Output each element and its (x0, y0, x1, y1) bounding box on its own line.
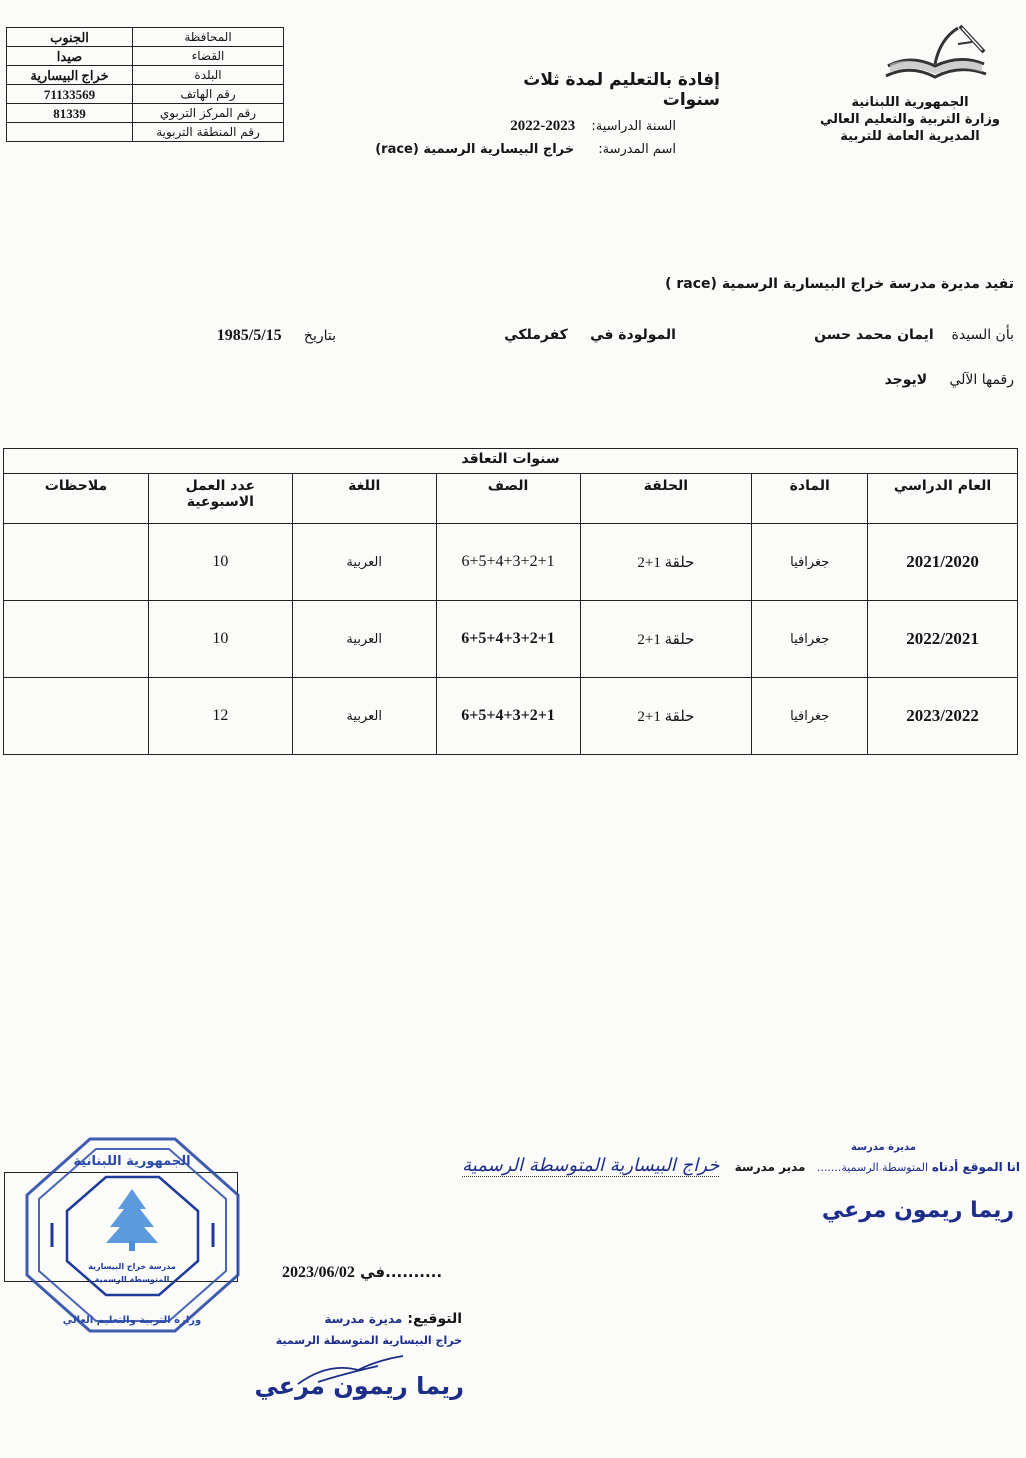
info-row-district: القضاء صيدا (7, 47, 284, 66)
director-label: مدير مدرسة (735, 1160, 806, 1174)
cell-notes (4, 601, 149, 678)
cell-notes (4, 524, 149, 601)
teacher-line: بأن السيدة ايمان محمد حسن (814, 327, 1014, 343)
info-row-phone: رقم الهاتف 71133569 (7, 85, 284, 104)
handwritten-school-name: خراج البيسارية المتوسطة الرسمية (462, 1155, 719, 1177)
school-name-line: اسم المدرسة: خراج البيسارية الرسمية (rac… (375, 142, 676, 157)
ministry-header: الجمهورية اللبنانية وزارة التربية والتعل… (810, 94, 1010, 145)
info-value: صيدا (7, 47, 133, 66)
born-in-value: كفرملكي (504, 327, 568, 343)
school-year-line: السنة الدراسية: 2022-2023 (510, 118, 676, 135)
info-row-region-number: رقم المنطقة التربوية (7, 123, 284, 142)
info-label: رقم المركز التربوي (133, 104, 284, 123)
table-row: 2021/2020 جغرافيا حلقة 1+2 6+5+4+3+2+1 ا… (4, 524, 1018, 601)
director-title-stamp-small: مديرة مدرسة (851, 1142, 916, 1153)
cell-subject: جغرافيا (752, 601, 868, 678)
cell-language: العربية (292, 524, 436, 601)
table-row: 2022/2021 جغرافيا حلقة 1+2 6+5+4+3+2+1 ا… (4, 601, 1018, 678)
id-line: رقمها الآلي لايوجد (885, 372, 1014, 388)
school-info-table: المحافظة الجنوب القضاء صيدا البلدة خراج … (6, 27, 284, 142)
signature-label-line: التوقيع: مديرة مدرسة (324, 1308, 462, 1327)
birthdate-line: بتاريخ 1985/5/15 (217, 327, 336, 345)
ministry-name: وزارة التربية والتعليم العالي (810, 111, 1010, 128)
contract-years-table: سنوات التعاقد العام الدراسي المادة الحلق… (3, 448, 1018, 755)
school-name-value: خراج البيسارية الرسمية (race) (375, 142, 574, 157)
col-header-year: العام الدراسي (868, 474, 1018, 524)
info-value: الجنوب (7, 28, 133, 47)
info-label: المحافظة (133, 28, 284, 47)
id-value: لايوجد (885, 372, 928, 388)
info-label: رقم الهاتف (133, 85, 284, 104)
info-label: القضاء (133, 47, 284, 66)
school-year-label: السنة الدراسية: (591, 119, 676, 134)
born-in-label: المولودة في (590, 327, 676, 343)
stamp-inner-line2: المتوسطة الرسمية (95, 1275, 170, 1284)
cell-subject: جغرافيا (752, 678, 868, 755)
col-header-weekly-hours: عدد العمل الاسبوعية (148, 474, 292, 524)
col-header-subject: المادة (752, 474, 868, 524)
cell-language: العربية (292, 678, 436, 755)
school-year-value: 2022-2023 (510, 118, 575, 134)
cell-grades: 6+5+4+3+2+1 (436, 524, 580, 601)
stamp-text-bottom: وزارة التربية والتعليم العالي (63, 1315, 201, 1326)
info-value: 71133569 (7, 85, 133, 104)
table-group-header: سنوات التعاقد (4, 449, 1018, 474)
table-row: 2023/2022 جغرافيا حلقة 1+2 6+5+4+3+2+1 ا… (4, 678, 1018, 755)
cell-weekly-hours: 10 (148, 601, 292, 678)
info-row-center-number: رقم المركز التربوي 81339 (7, 104, 284, 123)
signature-stamp-line1: مديرة مدرسة (324, 1312, 402, 1326)
birth-date-label: بتاريخ (304, 328, 336, 344)
cell-year: 2022/2021 (868, 601, 1018, 678)
cell-cycle: حلقة 1+2 (580, 524, 752, 601)
printed-school-name: المتوسطة الرسمية....... (817, 1161, 928, 1174)
stamp-text-top: الجمهورية اللبنانية (73, 1154, 190, 1169)
col-header-grades: الصف (436, 474, 580, 524)
birth-date-value: 1985/5/15 (217, 327, 282, 344)
stamp-inner-line1: مدرسة خراج البيسارية (88, 1262, 176, 1271)
signatory-prefix: انا الموقع أدناه (932, 1160, 1020, 1174)
info-row-governorate: المحافظة الجنوب (7, 28, 284, 47)
ministry-logo-icon (880, 24, 990, 84)
document-title: إفادة بالتعليم لمدة ثلاث سنوات (470, 70, 720, 110)
info-value (7, 123, 133, 142)
date-value: 2023/06/02 (282, 1264, 355, 1281)
info-label: رقم المنطقة التربوية (133, 123, 284, 142)
directorate-name: المديرية العامة للتربية (810, 128, 1010, 145)
cell-weekly-hours: 12 (148, 678, 292, 755)
teacher-name: ايمان محمد حسن (814, 327, 934, 343)
date-line: 2023/06/02 ..........في (282, 1263, 442, 1282)
teacher-label: بأن السيدة (952, 327, 1014, 343)
cell-cycle: حلقة 1+2 (580, 678, 752, 755)
cell-notes (4, 678, 149, 755)
table-header-row: العام الدراسي المادة الحلقة الصف اللغة ع… (4, 474, 1018, 524)
official-stamp-icon: الجمهورية اللبنانية وزارة التربية والتعل… (20, 1135, 245, 1335)
handwritten-signature-icon (288, 1352, 408, 1392)
republic-name: الجمهورية اللبنانية (810, 94, 1010, 111)
cell-grades: 6+5+4+3+2+1 (436, 678, 580, 755)
info-label: البلدة (133, 66, 284, 85)
cell-cycle: حلقة 1+2 (580, 601, 752, 678)
intro-statement: تفيد مديرة مدرسة خراج البيسارية الرسمية … (665, 276, 1014, 292)
cell-year: 2021/2020 (868, 524, 1018, 601)
signature-stamp-line2: خراج البيسارية المتوسطة الرسمية (276, 1334, 462, 1347)
school-name-label: اسم المدرسة: (598, 142, 676, 157)
cell-subject: جغرافيا (752, 524, 868, 601)
info-row-town: البلدة خراج البيسارية (7, 66, 284, 85)
cell-grades: 6+5+4+3+2+1 (436, 601, 580, 678)
birthplace-line: المولودة في كفرملكي (504, 327, 676, 343)
col-header-notes: ملاحظات (4, 474, 149, 524)
cell-year: 2023/2022 (868, 678, 1018, 755)
signature-label: التوقيع: (407, 1311, 462, 1327)
director-name-stamp: ريما ريمون مرعي (822, 1198, 1014, 1223)
cell-language: العربية (292, 601, 436, 678)
declaration-line: انا الموقع أدناه المتوسطة الرسمية.......… (462, 1155, 1020, 1176)
col-header-cycle: الحلقة (580, 474, 752, 524)
cell-weekly-hours: 10 (148, 524, 292, 601)
info-value: خراج البيسارية (7, 66, 133, 85)
col-header-language: اللغة (292, 474, 436, 524)
date-prefix: ..........في (360, 1263, 442, 1281)
id-label: رقمها الآلي (949, 372, 1014, 388)
info-value: 81339 (7, 104, 133, 123)
